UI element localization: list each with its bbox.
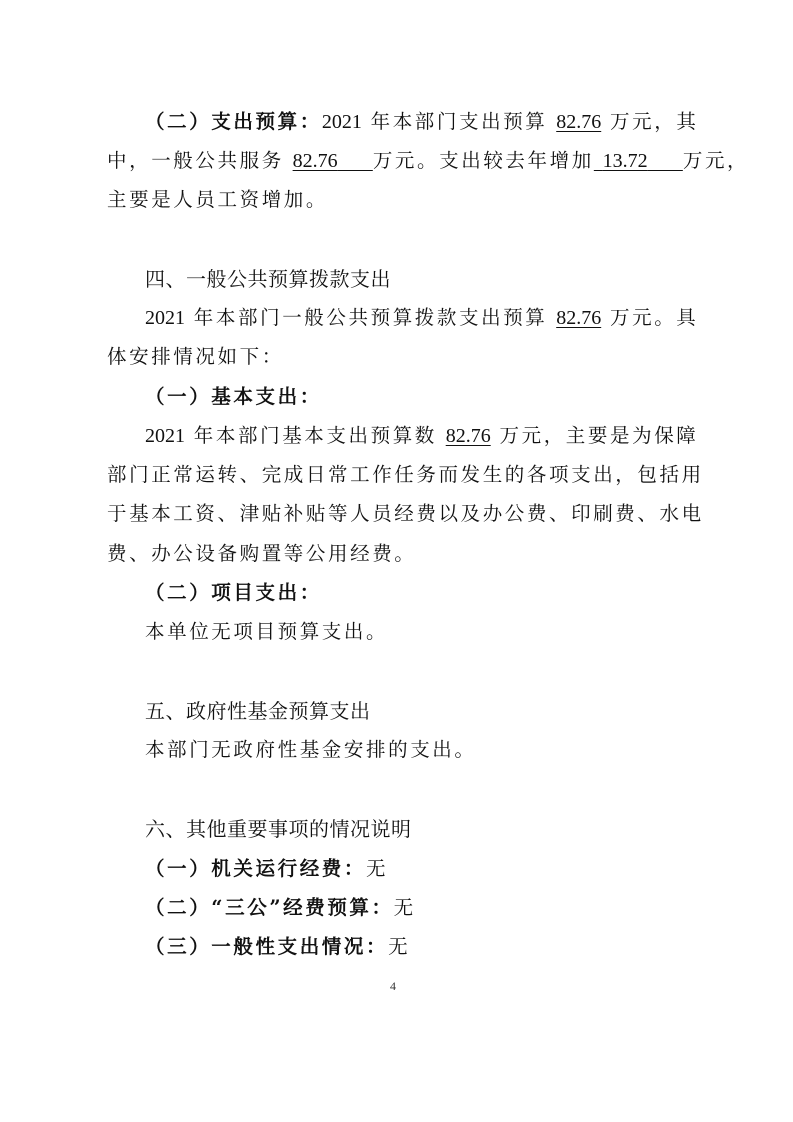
section-4-para-line-2: 体安排情况如下： [107,344,697,370]
section-5-text: 本部门无政府性基金安排的支出。 [145,737,735,763]
project-expense-text: 本单位无项目预算支出。 [145,619,735,645]
section-6-item-label: （三）一般性支出情况： [145,935,388,958]
basic-expense-line-1: 2021 年本部门基本支出预算数 82.76 万元，主要是为保障 [145,423,735,449]
basic-expense-line-3: 于基本工资、津贴补贴等人员经费以及办公费、印刷费、水电 [107,501,697,527]
section-6-item: （一）机关运行经费：无 [145,856,735,882]
page-number: 4 [390,979,396,994]
section-6-item: （三）一般性支出情况：无 [145,934,735,960]
expense-budget-line-3: 主要是人员工资增加。 [107,187,697,213]
section-6-item-value: 无 [366,857,388,880]
section-6-item: （二）“三公”经费预算：无 [145,895,735,921]
section-6-item-label: （二）“三公”经费预算： [145,896,394,919]
section-6-item-value: 无 [394,896,416,919]
increase-amount: 13.72 [594,149,683,172]
basic-expense-line-4: 费、办公设备购置等公用经费。 [107,541,697,567]
project-expense-label: （二）项目支出： [145,580,735,606]
expense-budget-line-2: 中，一般公共服务 82.76 万元。支出较去年增加 13.72 万元， [107,148,697,174]
public-service-amount: 82.76 [293,149,373,172]
section-6-item-value: 无 [388,935,410,958]
section-4-heading: 四、一般公共预算拨款支出 [145,266,735,292]
section-6-item-label: （一）机关运行经费： [145,857,366,880]
general-budget-amount: 82.76 [556,307,601,329]
basic-expense-line-2: 部门正常运转、完成日常工作任务而发生的各项支出，包括用 [107,462,697,488]
document-page: （二）支出预算：2021 年本部门支出预算 82.76 万元，其 中，一般公共服… [0,0,793,1122]
section-5-heading: 五、政府性基金预算支出 [145,698,735,724]
section-6-heading: 六、其他重要事项的情况说明 [145,816,735,842]
section-4-para-line-1: 2021 年本部门一般公共预算拨款支出预算 82.76 万元。具 [145,305,735,331]
basic-expense-label: （一）基本支出： [145,384,735,410]
expense-budget-amount: 82.76 [556,111,601,133]
expense-budget-label: （二）支出预算： [145,110,322,133]
basic-expense-amount: 82.76 [446,425,491,447]
expense-budget-line-1: （二）支出预算：2021 年本部门支出预算 82.76 万元，其 [145,109,735,135]
